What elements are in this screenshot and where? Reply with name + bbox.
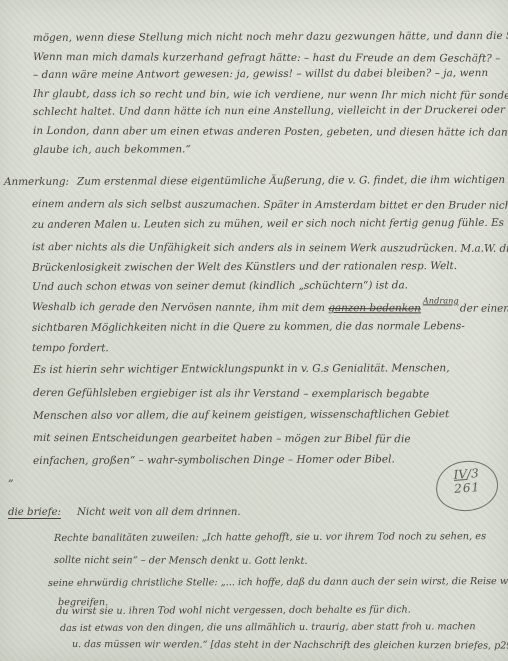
paragraph-schluss: das ist etwas von den dingen, die uns al…	[60, 621, 508, 653]
anmerkung-label: Anmerkung:	[4, 176, 69, 188]
paragraph-banalitaeten: Rechte banalitäten zuweilen: „Ich hatte …	[54, 528, 486, 572]
paragraph-demut: Und auch schon etwas von seiner demut (k…	[32, 277, 508, 358]
handwritten-line: das ist etwas von den dingen, die uns al…	[60, 619, 508, 637]
stray-ink-mark: „	[8, 471, 14, 484]
handwritten-line: mögen, wenn diese Stellung mich nicht no…	[33, 26, 508, 47]
correction-post-text: der einen selbst	[457, 303, 508, 315]
handwritten-line: du wirst sie u. ihren Tod wohl nicht ver…	[56, 604, 411, 617]
section-heading-underlined: die briefe:	[8, 507, 61, 518]
handwritten-line: zu anderen Malen u. Leuten sich zu mühen…	[4, 213, 508, 237]
handwritten-line: Anmerkung:Zum erstenmal diese eigentümli…	[4, 170, 508, 194]
handwritten-line: Es ist hierin sehr wichtiger Entwicklung…	[33, 357, 450, 382]
handwritten-line: – dann wäre meine Antwort gewesen: ja, g…	[33, 64, 508, 85]
page-number: 261	[437, 480, 498, 497]
handwritten-line: sollte nicht sein“ – der Mensch denkt u.…	[54, 550, 486, 574]
struck-through-word: ganzen bedenken	[328, 302, 421, 314]
handwritten-line: seine ehrwürdig christliche Stelle: „...…	[48, 573, 508, 594]
paragraph-quote: mögen, wenn diese Stellung mich nicht no…	[33, 29, 508, 159]
handwritten-line: u. das müssen wir werden.“ [das steht in…	[60, 637, 508, 654]
paragraph-tod: du wirst sie u. ihren Tod wohl nicht ver…	[56, 606, 411, 617]
handwritten-line: schlecht haltet. Und dann hätte ich nun …	[33, 101, 508, 122]
handwritten-line: glaube ich, auch bekommen.“	[33, 138, 508, 159]
inserted-word-above-line: Andrang	[423, 296, 459, 306]
volume-slash: /3	[467, 466, 480, 481]
handwritten-line: deren Gefühlsleben ergiebiger ist als ih…	[33, 382, 450, 406]
paragraph-genialitaet: Es ist hierin sehr wichtiger Entwicklung…	[33, 359, 450, 473]
section-heading-line: die briefe:Nicht weit von all dem drinne…	[8, 507, 241, 518]
paragraph-anmerkung: Anmerkung:Zum erstenmal diese eigentümli…	[4, 172, 508, 280]
section-heading-text: Nicht weit von all dem drinnen.	[77, 507, 241, 518]
correction-pre-text: Weshalb ich gerade den Nervösen nannte, …	[32, 301, 328, 314]
anmerkung-text: Zum erstenmal diese eigentümliche Äußeru…	[77, 174, 508, 188]
volume-numeral: IV	[453, 467, 467, 482]
handwritten-line: sichtbaren Möglichkeiten nicht in die Qu…	[32, 315, 508, 338]
handwritten-line: Und auch schon etwas von seiner demut (k…	[32, 275, 508, 298]
manuscript-page: mögen, wenn diese Stellung mich nicht no…	[0, 0, 508, 661]
handwritten-line: Menschen also vor allem, die auf keinem …	[33, 403, 450, 428]
handwritten-line: einfachen, großen“ – wahr-symbolischen D…	[33, 448, 450, 473]
handwritten-line: Rechte banalitäten zuweilen: „Ich hatte …	[54, 526, 486, 550]
